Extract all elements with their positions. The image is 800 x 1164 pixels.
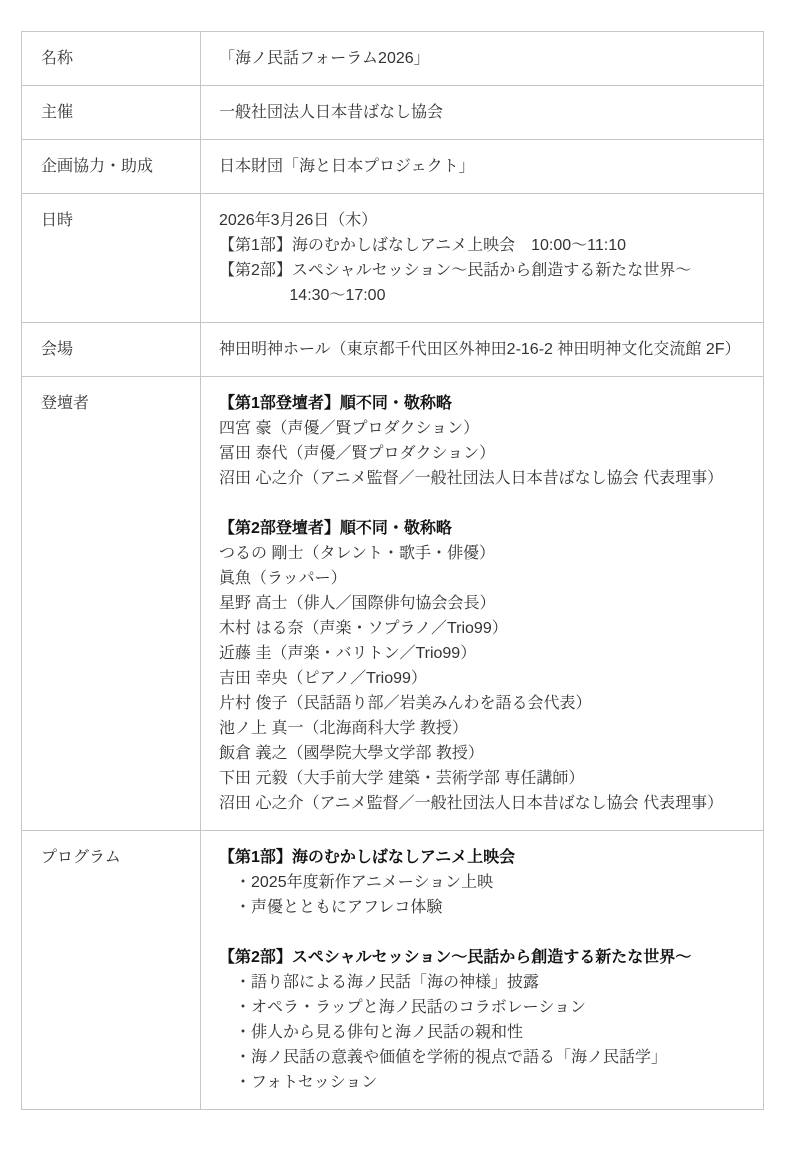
blank-line: [219, 920, 743, 945]
text-line: 2026年3月26日（木）: [219, 208, 743, 233]
row-label: 会場: [22, 323, 201, 377]
table-row: 登壇者 【第1部登壇者】順不同・敬称略四宮 豪（声優／賢プロダクション）冨田 泰…: [22, 377, 764, 831]
text-line: ・声優とともにアフレコ体験: [219, 895, 743, 920]
text-line: ・海ノ民話の意義や価値を学術的視点で語る「海ノ民話学」: [219, 1045, 743, 1070]
table-row: 主催 一般社団法人日本昔ばなし協会: [22, 86, 764, 140]
text-line: 神田明神ホール（東京都千代田区外神田2-16-2 神田明神文化交流館 2F）: [219, 337, 743, 362]
section-heading: 【第2部】スペシャルセッション〜民話から創造する新たな世界〜: [219, 945, 743, 970]
row-content: 2026年3月26日（木）【第1部】海のむかしばなしアニメ上映会 10:00〜1…: [201, 194, 764, 323]
row-content: 【第1部登壇者】順不同・敬称略四宮 豪（声優／賢プロダクション）冨田 泰代（声優…: [201, 377, 764, 831]
text-line: 星野 高士（俳人／国際俳句協会会長）: [219, 591, 743, 616]
text-line: ・フォトセッション: [219, 1070, 743, 1095]
text-line: 日本財団「海と日本プロジェクト」: [219, 154, 743, 179]
section-heading: 【第1部登壇者】順不同・敬称略: [219, 391, 743, 416]
table-row: 会場 神田明神ホール（東京都千代田区外神田2-16-2 神田明神文化交流館 2F…: [22, 323, 764, 377]
text-line: 飯倉 義之（國學院大學文学部 教授）: [219, 741, 743, 766]
row-label: 企画協力・助成: [22, 140, 201, 194]
blank-line: [219, 491, 743, 516]
text-line: 下田 元毅（大手前大学 建築・芸術学部 専任講師）: [219, 766, 743, 791]
event-info-table: 名称 「海ノ民話フォーラム2026」 主催 一般社団法人日本昔ばなし協会 企画協…: [21, 31, 764, 1110]
row-content: 【第1部】海のむかしばなしアニメ上映会・2025年度新作アニメーション上映・声優…: [201, 831, 764, 1110]
text-line: 眞魚（ラッパー）: [219, 566, 743, 591]
text-line: 沼田 心之介（アニメ監督／一般社団法人日本昔ばなし協会 代表理事）: [219, 791, 743, 816]
row-label: 日時: [22, 194, 201, 323]
row-content: 神田明神ホール（東京都千代田区外神田2-16-2 神田明神文化交流館 2F）: [201, 323, 764, 377]
table-row: 日時 2026年3月26日（木）【第1部】海のむかしばなしアニメ上映会 10:0…: [22, 194, 764, 323]
row-label: プログラム: [22, 831, 201, 1110]
text-line: 14:30〜17:00: [219, 283, 743, 308]
text-line: 一般社団法人日本昔ばなし協会: [219, 100, 743, 125]
section-heading: 【第1部】海のむかしばなしアニメ上映会: [219, 845, 743, 870]
text-line: 【第1部】海のむかしばなしアニメ上映会 10:00〜11:10: [219, 233, 743, 258]
text-line: 「海ノ民話フォーラム2026」: [219, 46, 743, 71]
text-line: 片村 俊子（民話語り部／岩美みんわを語る会代表）: [219, 691, 743, 716]
text-line: ・俳人から見る俳句と海ノ民話の親和性: [219, 1020, 743, 1045]
row-content: 日本財団「海と日本プロジェクト」: [201, 140, 764, 194]
event-press-release-document: 名称 「海ノ民話フォーラム2026」 主催 一般社団法人日本昔ばなし協会 企画協…: [21, 31, 763, 1110]
text-line: つるの 剛士（タレント・歌手・俳優）: [219, 541, 743, 566]
text-line: 近藤 圭（声楽・バリトン／Trio99）: [219, 641, 743, 666]
text-line: 木村 はる奈（声楽・ソプラノ／Trio99）: [219, 616, 743, 641]
text-line: 【第2部】スペシャルセッション〜民話から創造する新たな世界〜: [219, 258, 743, 283]
text-line: 冨田 泰代（声優／賢プロダクション）: [219, 441, 743, 466]
section-heading: 【第2部登壇者】順不同・敬称略: [219, 516, 743, 541]
text-line: ・語り部による海ノ民話「海の神様」披露: [219, 970, 743, 995]
text-line: 四宮 豪（声優／賢プロダクション）: [219, 416, 743, 441]
row-content: 「海ノ民話フォーラム2026」: [201, 32, 764, 86]
text-line: ・2025年度新作アニメーション上映: [219, 870, 743, 895]
row-content: 一般社団法人日本昔ばなし協会: [201, 86, 764, 140]
text-line: 吉田 幸央（ピアノ／Trio99）: [219, 666, 743, 691]
row-label: 名称: [22, 32, 201, 86]
text-line: ・オペラ・ラップと海ノ民話のコラボレーション: [219, 995, 743, 1020]
table-row: 企画協力・助成 日本財団「海と日本プロジェクト」: [22, 140, 764, 194]
text-line: 沼田 心之介（アニメ監督／一般社団法人日本昔ばなし協会 代表理事）: [219, 466, 743, 491]
table-body: 名称 「海ノ民話フォーラム2026」 主催 一般社団法人日本昔ばなし協会 企画協…: [22, 32, 764, 1110]
table-row: 名称 「海ノ民話フォーラム2026」: [22, 32, 764, 86]
table-row: プログラム 【第1部】海のむかしばなしアニメ上映会・2025年度新作アニメーショ…: [22, 831, 764, 1110]
text-line: 池ノ上 真一（北海商科大学 教授）: [219, 716, 743, 741]
row-label: 登壇者: [22, 377, 201, 831]
row-label: 主催: [22, 86, 201, 140]
